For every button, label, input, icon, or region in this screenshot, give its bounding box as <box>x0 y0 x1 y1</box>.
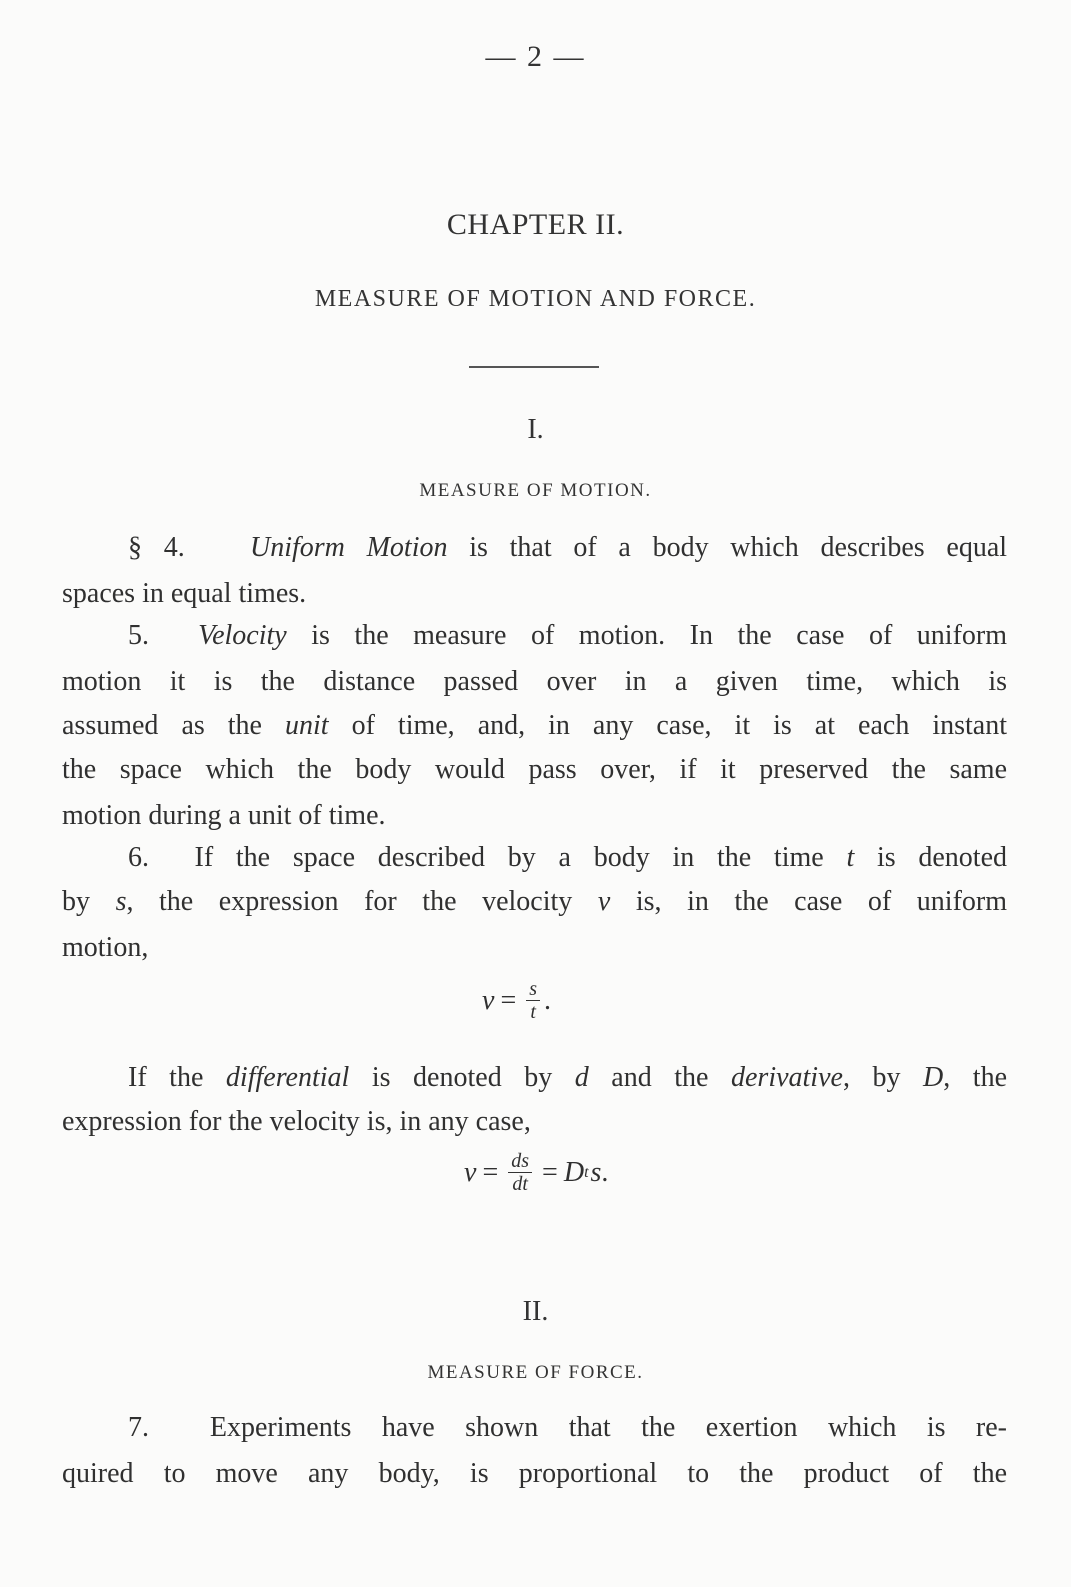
text: assumed as the <box>62 710 285 741</box>
text: Experiments have shown that the exertion… <box>210 1412 1007 1443</box>
period: . <box>544 985 551 1017</box>
paragraph-6-line-3: motion, <box>62 926 1007 970</box>
paragraph-7-line-2: quired to move any body, is proportional… <box>62 1452 1007 1496</box>
paragraph-6-cont-line-1: If the differential is denoted by d and … <box>128 1056 1007 1100</box>
denominator: t <box>527 1001 539 1023</box>
paragraph-4-line-1: § 4. Uniform Motion is that of a body wh… <box>128 526 1007 570</box>
paragraph-label: § 4. <box>128 532 185 563</box>
argument: s <box>591 1157 602 1189</box>
term-differential: differential <box>226 1062 349 1093</box>
equals-sign: = <box>542 1157 558 1189</box>
equals-sign: = <box>500 985 516 1017</box>
section-heading-2: MEASURE OF FORCE. <box>0 1362 1071 1384</box>
paragraph-7-line-1: 7. Experiments have shown that the exert… <box>128 1406 1007 1450</box>
numerator: ds <box>508 1150 532 1173</box>
var-D: D <box>923 1062 943 1093</box>
text: is denoted by <box>349 1062 574 1093</box>
paragraph-6-line-1: 6. If the space described by a body in t… <box>128 836 1007 880</box>
text: and the <box>589 1062 731 1093</box>
text: If the space described by a body in the … <box>195 842 847 873</box>
text: of time, and, in any case, it is at each… <box>329 710 1007 741</box>
paragraph-5-line-1: 5. Velocity is the measure of motion. In… <box>128 614 1007 658</box>
numerator: s <box>526 978 540 1001</box>
page-number: — 2 — <box>0 40 1071 74</box>
formula-velocity-uniform: v = s t . <box>482 978 551 1023</box>
section-numeral-2: II. <box>0 1296 1071 1328</box>
formula-lhs: v <box>482 985 494 1017</box>
divider-rule <box>469 366 599 368</box>
text: is that of a body which describes equal <box>447 532 1007 563</box>
paragraph-4-line-2: spaces in equal times. <box>62 572 1007 616</box>
var-v: v <box>598 886 610 917</box>
text: If the <box>128 1062 226 1093</box>
paragraph-label: 7. <box>128 1412 149 1443</box>
term-derivative: derivative <box>731 1062 843 1093</box>
paragraph-label: 5. <box>128 620 149 651</box>
term-unit: unit <box>285 710 329 741</box>
chapter-title: CHAPTER II. <box>0 208 1071 242</box>
fraction: ds dt <box>508 1150 532 1195</box>
paragraph-5-line-5: motion during a unit of time. <box>62 794 1007 838</box>
section-numeral-1: I. <box>0 414 1071 446</box>
text: by <box>62 886 116 917</box>
formula-velocity-general: v = ds dt = Dt s. <box>464 1150 608 1195</box>
denominator: dt <box>509 1173 531 1195</box>
section-heading-1: MEASURE OF MOTION. <box>0 480 1071 502</box>
var-s: s <box>116 886 127 917</box>
paragraph-5-line-4: the space which the body would pass over… <box>62 748 1007 792</box>
text: , the expression for the velocity <box>126 886 597 917</box>
paragraph-6-line-2: by s, the expression for the velocity v … <box>62 880 1007 924</box>
formula-lhs: v <box>464 1157 476 1189</box>
text: , by <box>843 1062 923 1093</box>
period: . <box>601 1157 608 1189</box>
paragraph-label: 6. <box>128 842 149 873</box>
var-d: d <box>575 1062 589 1093</box>
paragraph-5-line-3: assumed as the unit of time, and, in any… <box>62 704 1007 748</box>
term-velocity: Velocity <box>198 620 287 651</box>
fraction: s t <box>526 978 540 1023</box>
paragraph-5-line-2: motion it is the distance passed over in… <box>62 660 1007 704</box>
subscript: t <box>584 1164 588 1182</box>
chapter-subtitle: MEASURE OF MOTION AND FORCE. <box>0 286 1071 313</box>
text: is, in the case of uniform <box>610 886 1007 917</box>
text: , the <box>943 1062 1007 1093</box>
equals-sign: = <box>482 1157 498 1189</box>
derivative-operator: D <box>564 1157 584 1189</box>
text: is denoted <box>854 842 1007 873</box>
paragraph-6-cont-line-2: expression for the velocity is, in any c… <box>62 1100 1007 1144</box>
term-uniform-motion: Uniform Motion <box>250 532 448 563</box>
text: is the measure of motion. In the case of… <box>287 620 1007 651</box>
